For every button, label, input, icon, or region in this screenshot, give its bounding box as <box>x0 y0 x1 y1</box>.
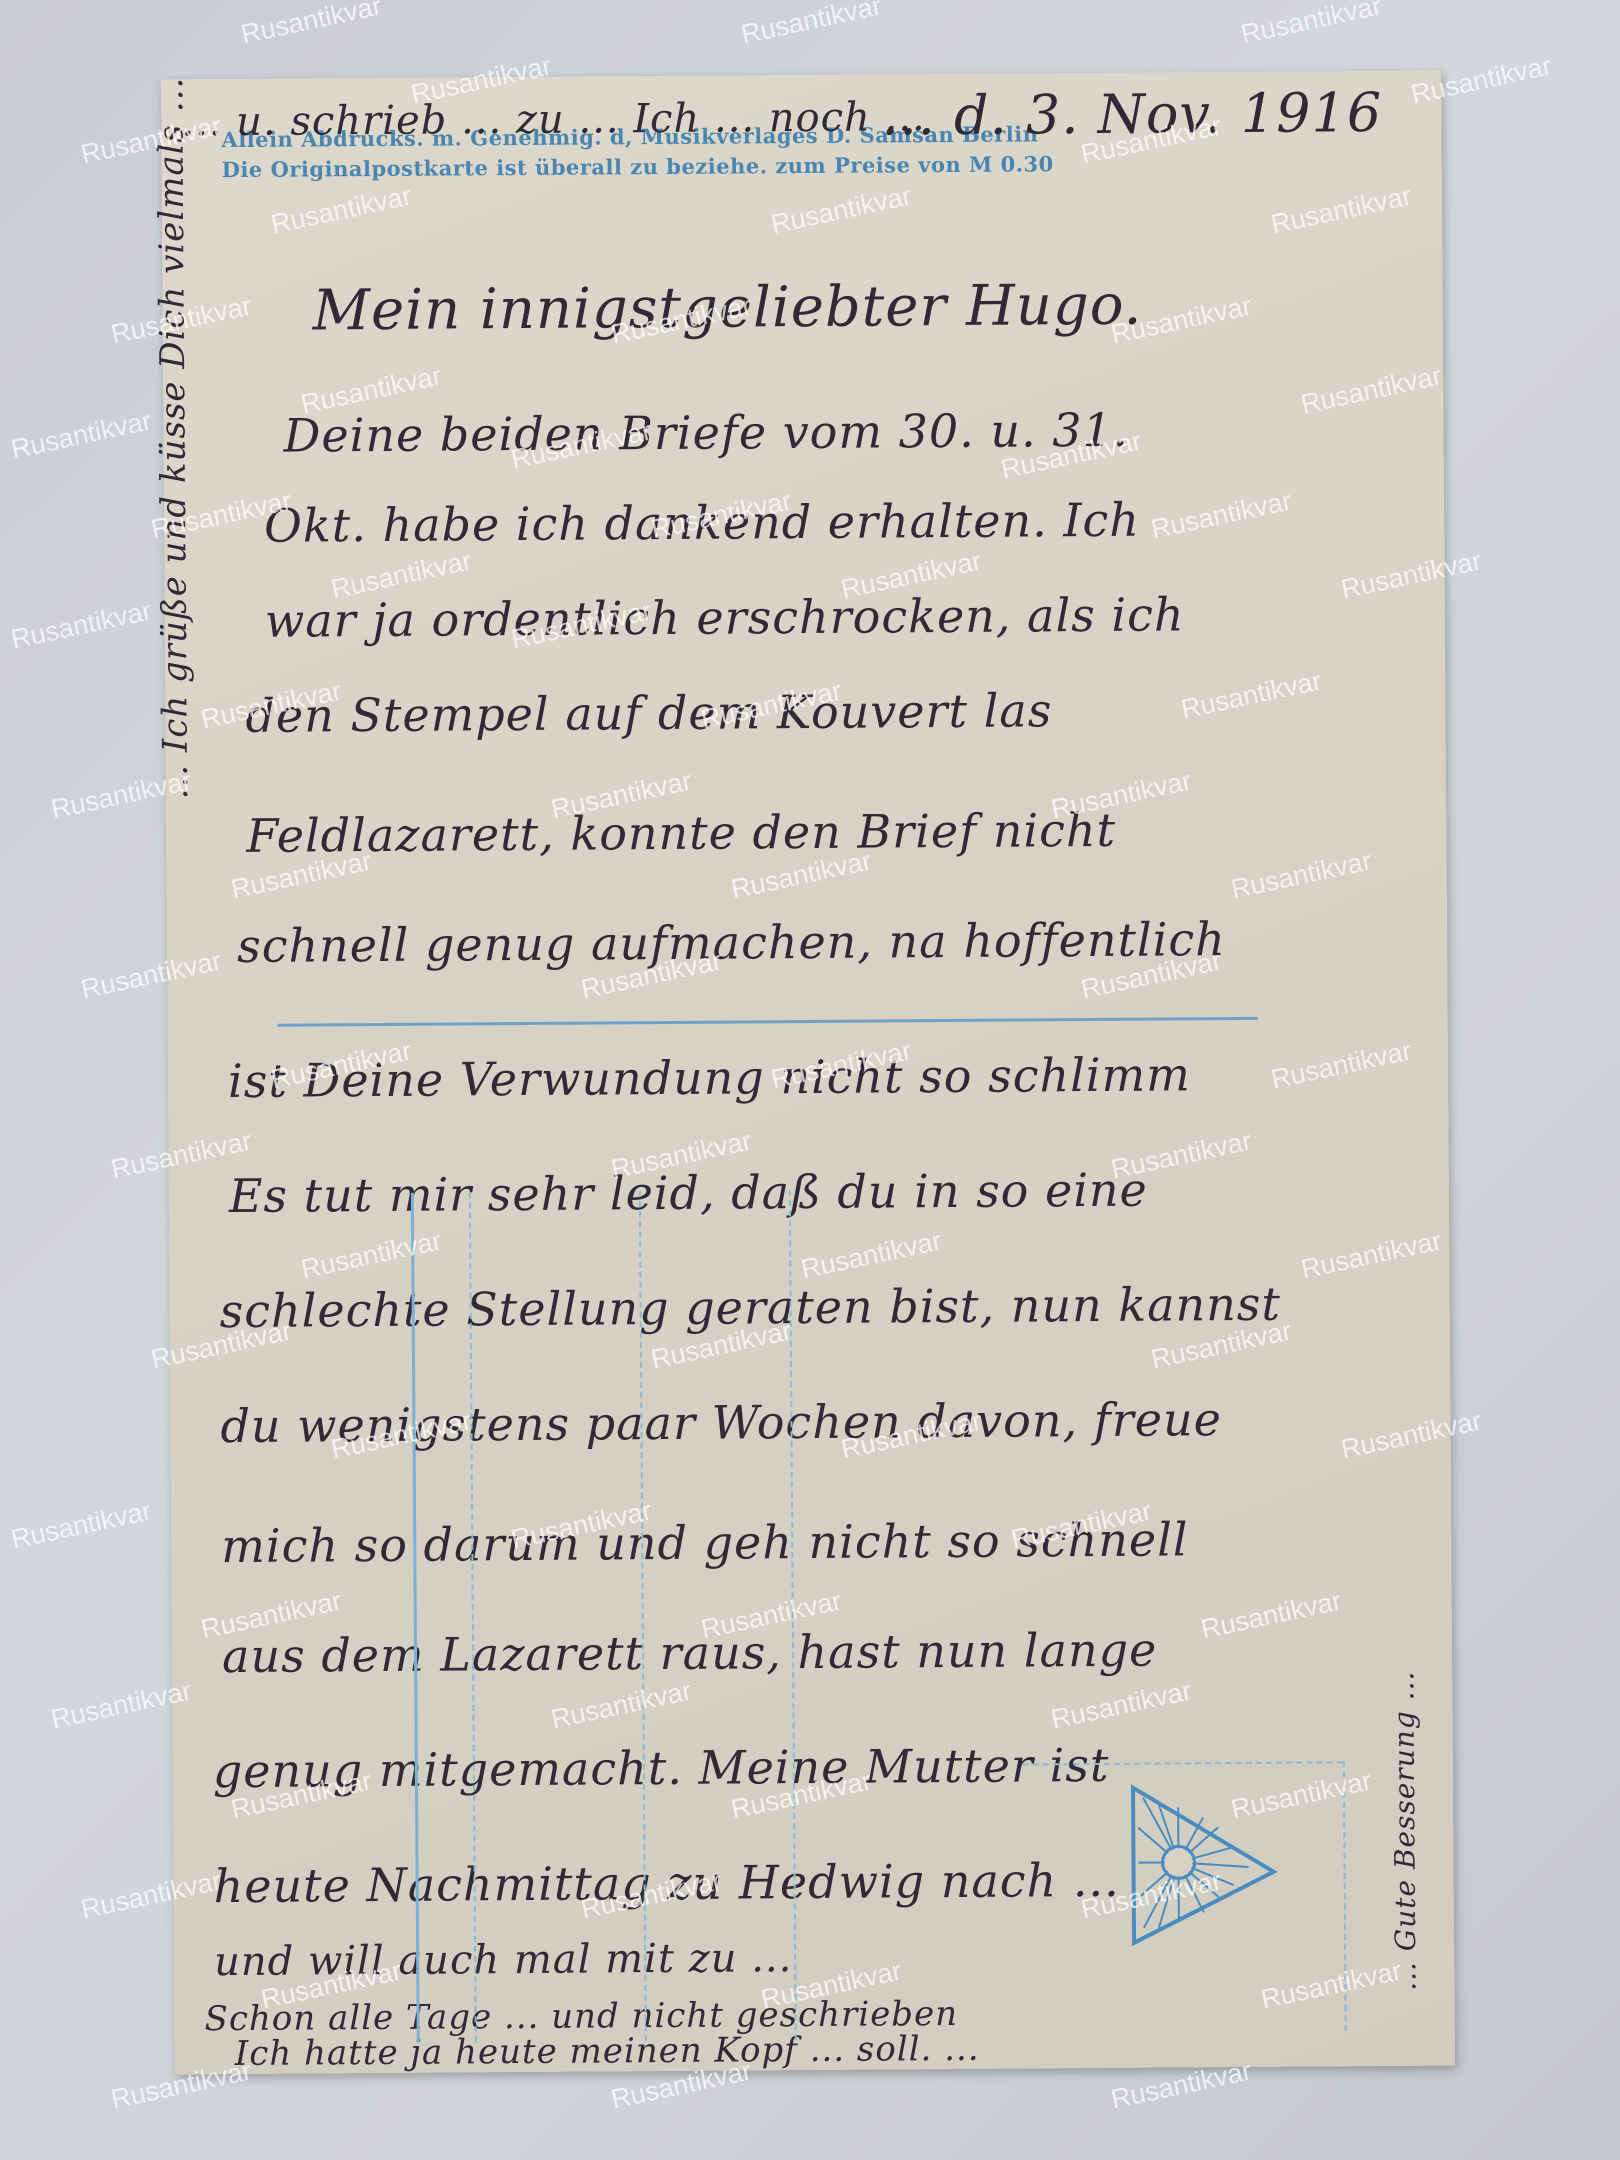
printed-divider-horizontal <box>278 1017 1258 1027</box>
body-line: war ja ordentlich erschrocken, als ich <box>265 587 1185 647</box>
dashed-guide <box>1343 1761 1347 2031</box>
body-line: heute Nachmittag zu Hedwig nach ... <box>213 1853 1119 1913</box>
greeting: Mein innigstgeliebter Hugo. <box>312 273 1142 344</box>
right-margin-writing: ... Gute Besserung ... <box>1386 1511 1422 1991</box>
body-line: schnell genug aufmachen, na hoffentlich <box>237 912 1226 973</box>
watermark: Rusantikvar <box>8 406 154 466</box>
printed-line-2: Die Originalpostkarte ist überall zu bez… <box>222 149 1054 185</box>
top-overwrite-line: ... u. schrieb ... zu ... Ich ... noch .… <box>181 94 926 145</box>
date-line: ... d. 3. Nov. 1916 <box>881 81 1382 147</box>
watermark: Rusantikvar <box>8 596 154 656</box>
watermark: Rusantikvar <box>238 0 384 50</box>
watermark: Rusantikvar <box>1238 0 1384 50</box>
sun-triangle-stamp-icon <box>1123 1777 1284 1948</box>
body-line: Feldlazarett, konnte den Brief nicht <box>246 803 1116 863</box>
body-line: und will auch mal mit zu ... <box>214 1935 792 1985</box>
watermark: Rusantikvar <box>8 1496 154 1556</box>
body-line: aus dem Lazarett raus, hast nun lange <box>222 1623 1158 1684</box>
body-line: ist Deine Verwundung nicht so schlimm <box>228 1047 1191 1108</box>
watermark: Rusantikvar <box>738 0 884 50</box>
body-line: genug mitgemacht. Meine Mutter ist <box>213 1738 1110 1798</box>
body-line: du wenigstens paar Wochen davon, freue <box>220 1392 1222 1453</box>
left-margin-writing: ... Ich grüße und küsse Dich vielmals ..… <box>152 239 196 799</box>
body-line: Ich hatte ja heute meinen Kopf ... soll.… <box>235 2029 980 2074</box>
body-line: Deine beiden Briefe vom 30. u. 31. <box>283 403 1128 463</box>
body-line: Okt. habe ich dankend erhalten. Ich <box>264 493 1140 553</box>
body-line: schlechte Stellung geraten bist, nun kan… <box>219 1277 1281 1338</box>
body-line: mich so darum und geh nicht so schnell <box>221 1512 1189 1573</box>
body-line: den Stempel auf dem Kouvert las <box>245 683 1052 743</box>
postcard: Allein Abdrucks. m. Genehmig. d, Musikve… <box>161 71 1455 2075</box>
body-line: Es tut mir sehr leid, daß du in so eine <box>229 1163 1148 1223</box>
